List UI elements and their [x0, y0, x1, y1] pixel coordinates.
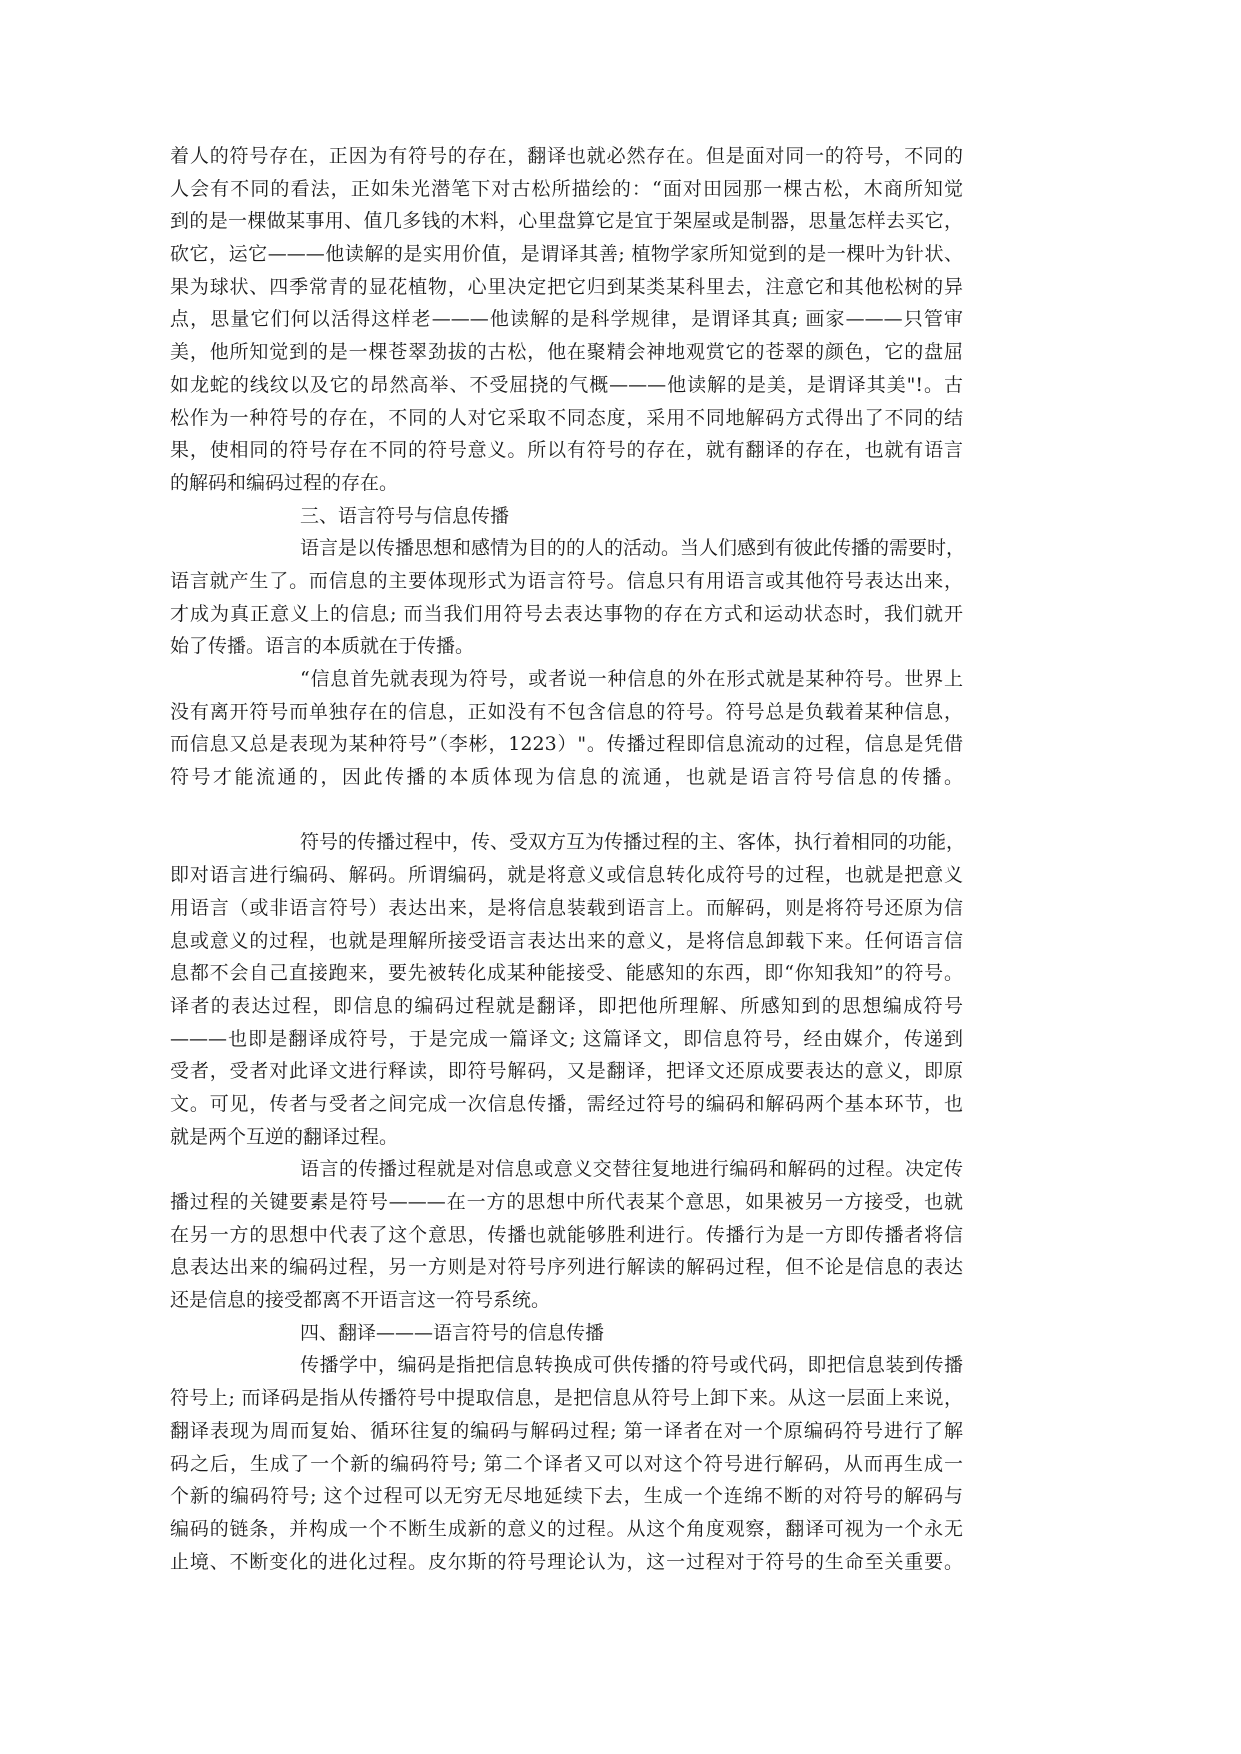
paragraph: 着人的符号存在，正因为有符号的存在，翻译也就必然存在。但是面对同一的符号，不同的…: [170, 140, 963, 500]
blank-line: [170, 794, 963, 827]
text-line: 始了传播。语言的本质就在于传播。: [170, 630, 963, 663]
section-heading: 四、翻译———语言符号的信息传播: [170, 1317, 963, 1350]
text-line: 符号才能流通的，因此传播的本质体现为信息的流通，也就是语言符号信息的传播。: [170, 761, 963, 794]
text-line: 编码的链条，并构成一个不断生成新的意义的过程。从这个角度观察，翻译可视为一个永无: [170, 1513, 963, 1546]
document-text: 着人的符号存在，正因为有符号的存在，翻译也就必然存在。但是面对同一的符号，不同的…: [170, 140, 963, 1578]
text-line: 美，他所知觉到的是一棵苍翠劲拔的古松，他在聚精会神地观赏它的苍翠的颜色，它的盘屈: [170, 336, 963, 369]
text-line: 没有离开符号而单独存在的信息，正如没有不包含信息的符号。符号总是负载着某种信息，: [170, 696, 963, 729]
heading-line: 三、语言符号与信息传播: [170, 500, 963, 533]
text-line: 而信息又总是表现为某种符号”（李彬，1223）"。传播过程即信息流动的过程，信息…: [170, 728, 963, 761]
text-line: ———也即是翻译成符号，于是完成一篇译文; 这篇译文，即信息符号，经由媒介，传递…: [170, 1023, 963, 1056]
text-line: 码之后，生成了一个新的编码符号; 第二个译者又可以对这个符号进行解码，从而再生成…: [170, 1448, 963, 1481]
text-line: 就是两个互逆的翻译过程。: [170, 1121, 963, 1154]
text-line: 语言就产生了。而信息的主要体现形式为语言符号。信息只有用语言或其他符号表达出来，: [170, 565, 963, 598]
text-line: 用语言（或非语言符号）表达出来，是将信息装载到语言上。而解码，则是将符号还原为信: [170, 892, 963, 925]
text-line: “信息首先就表现为符号，或者说一种信息的外在形式就是某种符号。世界上: [170, 663, 963, 696]
text-line: 语言是以传播思想和感情为目的的人的活动。当人们感到有彼此传播的需要时，: [170, 532, 963, 565]
text-line: 松作为一种符号的存在，不同的人对它采取不同态度，采用不同地解码方式得出了不同的结: [170, 402, 963, 435]
paragraph: 语言是以传播思想和感情为目的的人的活动。当人们感到有彼此传播的需要时，语言就产生…: [170, 532, 963, 663]
text-line: 语言的传播过程就是对信息或意义交替往复地进行编码和解码的过程。决定传: [170, 1153, 963, 1186]
text-line: 文。可见，传者与受者之间完成一次信息传播，需经过符号的编码和解码两个基本环节，也: [170, 1088, 963, 1121]
text-line: 如龙蛇的线纹以及它的昂然高举、不受屈挠的气概———他读解的是美，是谓译其美"!。…: [170, 369, 963, 402]
text-line: 息都不会自己直接跑来，要先被转化成某种能接受、能感知的东西，即“你知我知”的符号…: [170, 957, 963, 990]
text-line: 果为球状、四季常青的显花植物，心里决定把它归到某类某科里去，注意它和其他松树的异: [170, 271, 963, 304]
paragraph: 符号的传播过程中，传、受双方互为传播过程的主、客体，执行着相同的功能，即对语言进…: [170, 826, 963, 1153]
text-line: 符号的传播过程中，传、受双方互为传播过程的主、客体，执行着相同的功能，: [170, 826, 963, 859]
text-line: 即对语言进行编码、解码。所谓编码，就是将意义或信息转化成符号的过程，也就是把意义: [170, 859, 963, 892]
text-line: 在另一方的思想中代表了这个意思，传播也就能够胜利进行。传播行为是一方即传播者将信: [170, 1219, 963, 1252]
text-line: 才成为真正意义上的信息; 而当我们用符号去表达事物的存在方式和运动状态时，我们就…: [170, 598, 963, 631]
text-line: 人会有不同的看法，正如朱光潜笔下对古松所描绘的：“面对田园那一棵古松，木商所知觉: [170, 173, 963, 206]
text-line: 翻译表现为周而复始、循环往复的编码与解码过程; 第一译者在对一个原编码符号进行了…: [170, 1415, 963, 1448]
text-line: 的解码和编码过程的存在。: [170, 467, 963, 500]
text-line: 个新的编码符号; 这个过程可以无穷无尽地延续下去，生成一个连绵不断的对符号的解码…: [170, 1480, 963, 1513]
text-line: 砍它，运它———他读解的是实用价值，是谓译其善; 植物学家所知觉到的是一棵叶为针…: [170, 238, 963, 271]
document-page: 着人的符号存在，正因为有符号的存在，翻译也就必然存在。但是面对同一的符号，不同的…: [0, 0, 1241, 1754]
text-line: 还是信息的接受都离不开语言这一符号系统。: [170, 1284, 963, 1317]
heading-line: 四、翻译———语言符号的信息传播: [170, 1317, 963, 1350]
text-line: 息或意义的过程，也就是理解所接受语言表达出来的意义，是将信息卸载下来。任何语言信: [170, 925, 963, 958]
text-line: 传播学中，编码是指把信息转换成可供传播的符号或代码，即把信息装到传播: [170, 1349, 963, 1382]
text-line: 到的是一棵做某事用、值几多钱的木料，心里盘算它是宜于架屋或是制器，思量怎样去买它…: [170, 205, 963, 238]
text-line: 点，思量它们何以活得这样老———他读解的是科学规律，是谓译其真; 画家———只管…: [170, 303, 963, 336]
text-line: 译者的表达过程，即信息的编码过程就是翻译，即把他所理解、所感知到的思想编成符号: [170, 990, 963, 1023]
paragraph: 传播学中，编码是指把信息转换成可供传播的符号或代码，即把信息装到传播符号上; 而…: [170, 1349, 963, 1578]
text-line: 着人的符号存在，正因为有符号的存在，翻译也就必然存在。但是面对同一的符号，不同的: [170, 140, 963, 173]
paragraph: 语言的传播过程就是对信息或意义交替往复地进行编码和解码的过程。决定传播过程的关键…: [170, 1153, 963, 1316]
paragraph: “信息首先就表现为符号，或者说一种信息的外在形式就是某种符号。世界上没有离开符号…: [170, 663, 963, 794]
section-heading: 三、语言符号与信息传播: [170, 500, 963, 533]
text-line: 受者，受者对此译文进行释读，即符号解码，又是翻译，把译文还原成要表达的意义，即原: [170, 1055, 963, 1088]
text-line: 符号上; 而译码是指从传播符号中提取信息，是把信息从符号上卸下来。从这一层面上来…: [170, 1382, 963, 1415]
text-line: 果，使相同的符号存在不同的符号意义。所以有符号的存在，就有翻译的存在，也就有语言: [170, 434, 963, 467]
blank-line: [170, 794, 963, 827]
text-line: 止境、不断变化的进化过程。皮尔斯的符号理论认为，这一过程对于符号的生命至关重要。: [170, 1546, 963, 1579]
text-line: 播过程的关键要素是符号———在一方的思想中所代表某个意思，如果被另一方接受，也就: [170, 1186, 963, 1219]
text-line: 息表达出来的编码过程，另一方则是对符号序列进行解读的解码过程，但不论是信息的表达: [170, 1251, 963, 1284]
